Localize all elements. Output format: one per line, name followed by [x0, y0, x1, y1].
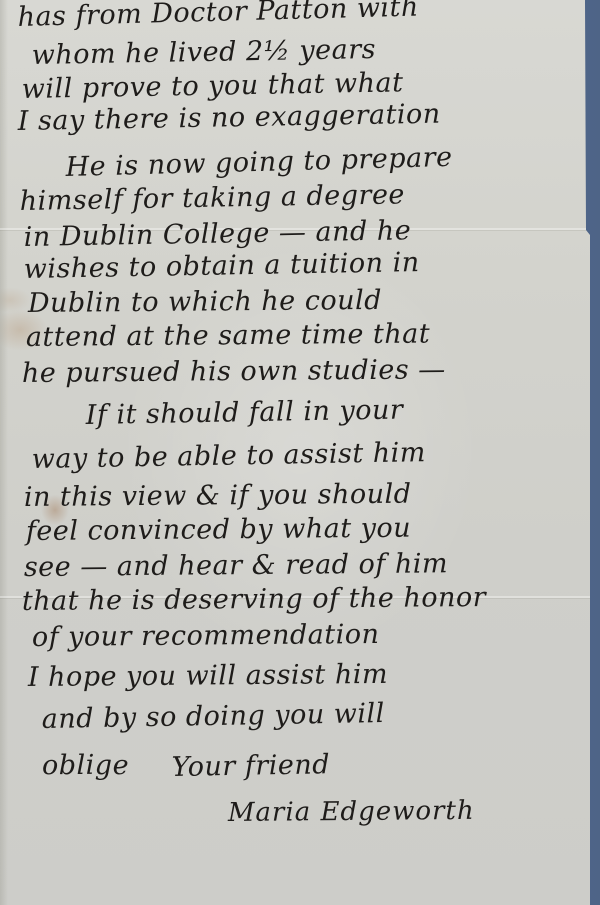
document-viewer: has from Doctor Patton with whom he live…	[0, 0, 600, 905]
letter-line: Dublin to which he could	[28, 285, 382, 319]
letter-page: has from Doctor Patton with whom he live…	[0, 0, 590, 905]
letter-line: If it should fall in your	[85, 394, 403, 431]
letter-line: himself for taking a degree	[19, 179, 405, 217]
letter-line: whom he lived 2½ years	[31, 34, 376, 71]
letter-line: that he is deserving of the honor	[22, 582, 487, 617]
letter-line: of your recommendation	[32, 619, 380, 653]
letter-line: attend at the same time that	[26, 318, 431, 353]
letter-line: oblige	[42, 750, 129, 781]
letter-line: see — and hear & read of him	[24, 548, 448, 583]
letter-line: wishes to obtain a tuition in	[23, 247, 419, 285]
letter-line: He is now going to prepare	[65, 142, 453, 183]
letter-line: I hope you will assist him	[28, 659, 388, 693]
letter-line: and by so doing you will	[41, 698, 385, 735]
letter-line: in this view & if you should	[24, 479, 412, 513]
letter-line: I say there is no exaggeration	[17, 99, 440, 137]
letter-line: way to be able to assist him	[31, 437, 426, 475]
letter-line: he pursued his own studies —	[22, 354, 446, 389]
letter-line: has from Doctor Patton with	[17, 0, 419, 33]
letter-closing: Your friend	[171, 749, 330, 783]
letter-signature: Maria Edgeworth	[228, 796, 475, 828]
letter-line: feel convinced by what you	[26, 513, 411, 547]
